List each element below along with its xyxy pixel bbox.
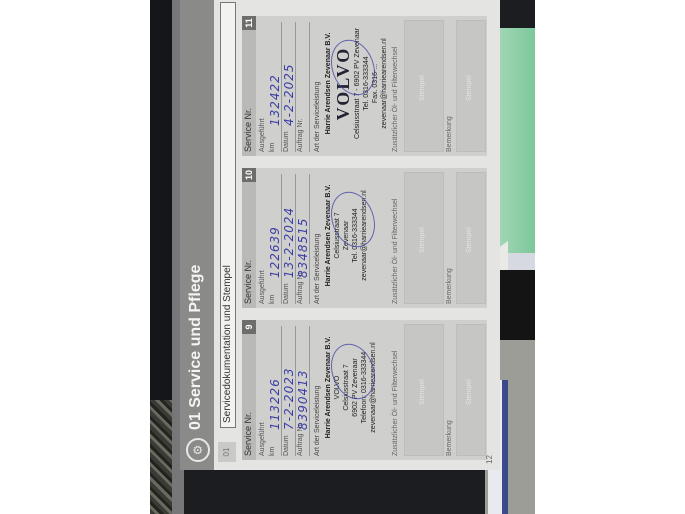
oil-change-label: Zusätzlicher Öl- und Filterwechsel — [392, 351, 399, 456]
bemerkung-box: Stempel — [456, 172, 486, 304]
bemerkung-label: Bemerkung — [446, 420, 453, 456]
section-title: 01 Service und Pflege — [187, 265, 205, 430]
auftrag-field: Auftrag Nr.8348515 — [297, 174, 310, 304]
auftrag-field: Auftrag Nr.8390413 — [297, 326, 310, 456]
datum-value: 13-2-2024 — [282, 207, 296, 278]
auftrag-value: 8390413 — [296, 370, 310, 430]
service-nr-label: Service Nr. — [243, 108, 253, 152]
card-header: Service Nr. 10 — [242, 168, 256, 308]
service-card: Service Nr. 9 Ausgeführt km113226 Datum7… — [242, 320, 487, 460]
bemerkung-box: Stempel — [456, 20, 486, 152]
auftrag-value: 8348515 — [296, 218, 310, 278]
page-number: 12 — [485, 455, 494, 464]
blue-strip — [502, 380, 508, 514]
art-label: Art der Serviceleistung — [314, 234, 321, 304]
oil-change-label: Zusätzlicher Öl- und Filterwechsel — [392, 47, 399, 152]
auftrag-field: Auftrag Nr. — [297, 22, 310, 152]
service-card: Service Nr. 10 Ausgeführt km122639 Datum… — [242, 168, 487, 308]
service-number-badge: 11 — [242, 16, 256, 30]
datum-field: Datum13-2-2024 — [283, 174, 296, 304]
oil-change-label: Zusätzlicher Öl- und Filterwechsel — [392, 199, 399, 304]
stempel-box: Stempel — [404, 324, 444, 456]
service-number-badge: 10 — [242, 168, 256, 182]
section-header: ⚙ 01 Service und Pflege — [180, 0, 214, 470]
datum-value: 7-2-2023 — [282, 368, 296, 430]
side-tab: 01 — [218, 442, 236, 462]
service-nr-label: Service Nr. — [243, 260, 253, 304]
service-book-page: ⚙ 01 Service und Pflege 01 Servicedokume… — [180, 0, 500, 470]
km-field: km122639 — [269, 174, 282, 304]
bemerkung-box: Stempel — [456, 324, 486, 456]
km-field: km113226 — [269, 326, 282, 456]
green-document — [500, 28, 535, 253]
km-value: 113226 — [268, 378, 282, 430]
km-field: km132422 — [269, 22, 282, 152]
stempel-box: Stempel — [404, 172, 444, 304]
km-value: 132422 — [268, 74, 282, 126]
datum-field: Datum4-2-2025 — [283, 22, 296, 152]
wrench-icon: ⚙ — [186, 438, 210, 462]
subheading: Servicedokumentation und Stempel — [220, 2, 236, 428]
datum-field: Datum7-2-2023 — [283, 326, 296, 456]
art-label: Art der Serviceleistung — [314, 82, 321, 152]
bemerkung-label: Bemerkung — [446, 268, 453, 304]
bemerkung-label: Bemerkung — [446, 116, 453, 152]
service-book-photo: ⚙ 01 Service und Pflege 01 Servicedokume… — [150, 0, 535, 514]
card-header: Service Nr. 9 — [242, 320, 256, 460]
art-label: Art der Serviceleistung — [314, 386, 321, 456]
service-number-badge: 9 — [242, 320, 256, 334]
stempel-box: Stempel — [404, 20, 444, 152]
service-card: Service Nr. 11 Ausgeführt km132422 Datum… — [242, 16, 487, 156]
service-nr-label: Service Nr. — [243, 412, 253, 456]
datum-value: 4-2-2025 — [282, 64, 296, 126]
km-value: 122639 — [268, 226, 282, 278]
card-header: Service Nr. 11 — [242, 16, 256, 156]
